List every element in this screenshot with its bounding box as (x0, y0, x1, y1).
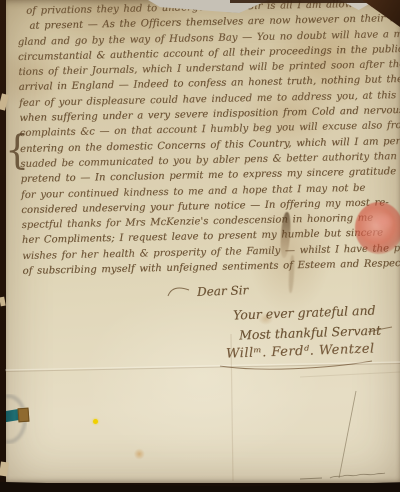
closing-salutation: Dear Sir (197, 283, 249, 299)
closing-line-1: Your ever grateful and (233, 303, 376, 323)
signature: Willᵐ. Ferdᵈ. Wentzel (226, 341, 375, 361)
red-wax-seal (355, 202, 400, 254)
margin-brace: { (5, 127, 29, 173)
manuscript-photo: of privations they had to undergo — this… (0, 0, 400, 492)
closing-line-2: Most thankful Servant (239, 323, 381, 343)
torn-left-edge (0, 0, 6, 492)
ribbon-tip (18, 408, 30, 423)
letter-body: of privations they had to undergo — this… (17, 0, 400, 279)
letter-page: of privations they had to undergo — this… (5, 0, 400, 483)
teal-ribbon-tie (3, 400, 43, 444)
yellow-speck (93, 419, 98, 424)
